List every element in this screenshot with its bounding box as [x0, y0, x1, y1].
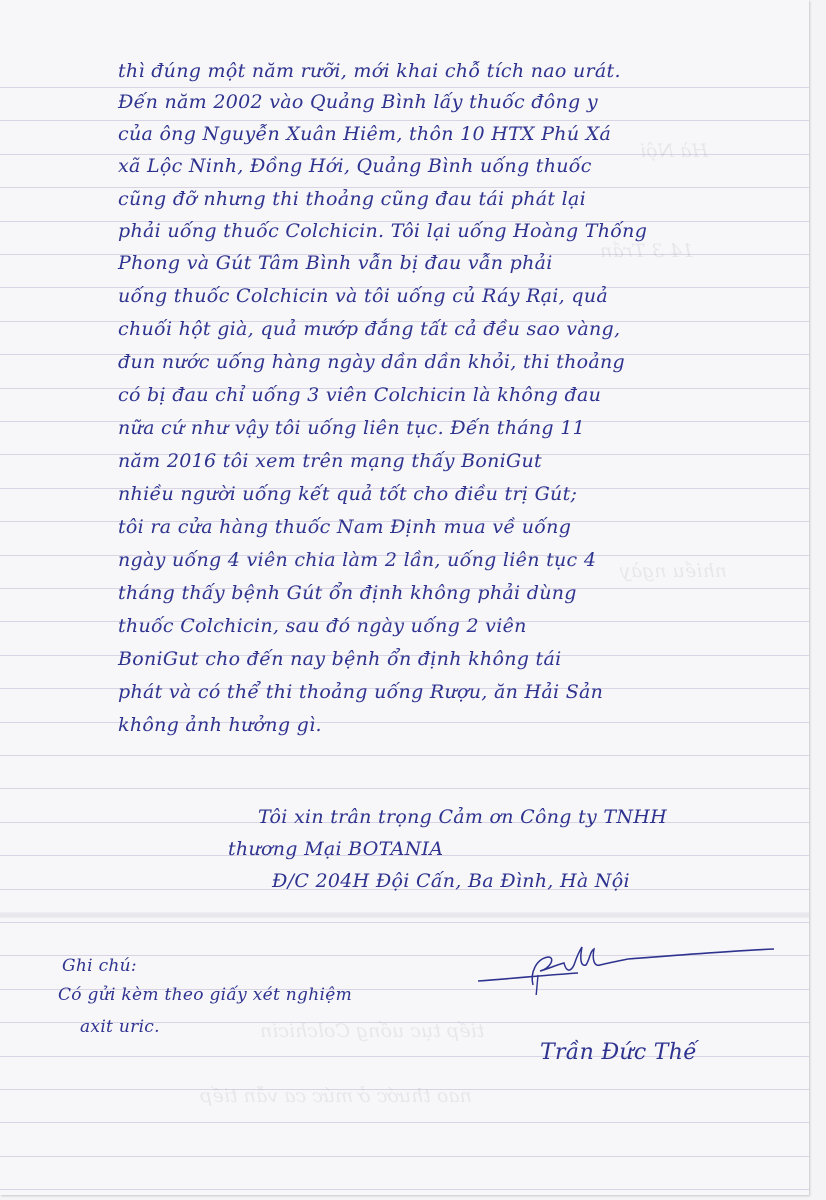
note-line: Có gửi kèm theo giấy xét nghiệm [58, 985, 352, 1005]
letter-paper: Hà Nội 14 3 Trần nhiều ngày tiếp tục uốn… [0, 0, 809, 1195]
company-address: Đ/C 204H Đội Cấn, Ba Đình, Hà Nội [272, 870, 630, 892]
body-line: của ông Nguyễn Xuân Hiêm, thôn 10 HTX Ph… [118, 123, 611, 145]
note-title: Ghi chú: [62, 956, 137, 976]
body-line: thuốc Colchicin, sau đó ngày uống 2 viên [118, 615, 527, 637]
ruled-line [0, 1189, 809, 1190]
body-line: BoniGut cho đến nay bệnh ổn định không t… [118, 648, 561, 670]
show-through-text: 14 3 Trần [600, 240, 694, 262]
company-name: thương Mại BOTANIA [228, 838, 443, 860]
body-line: Phong và Gút Tâm Bình vẫn bị đau vẫn phả… [118, 252, 553, 274]
ruled-line [0, 755, 809, 756]
body-line: cũng đỡ nhưng thi thoảng cũng đau tái ph… [118, 188, 586, 210]
ruled-line [0, 87, 809, 88]
body-line: tháng thấy bệnh Gút ổn định không phải d… [118, 582, 577, 604]
body-line: không ảnh hưởng gì. [118, 714, 322, 736]
signature-scribble [478, 945, 778, 995]
body-line: phát và có thể thi thoảng uống Rượu, ăn … [118, 681, 603, 703]
body-line: đun nước uống hàng ngày dần dần khỏi, th… [118, 351, 625, 373]
body-line: xã Lộc Ninh, Đồng Hới, Quảng Bình uống t… [118, 155, 592, 177]
body-line: uống thuốc Colchicin và tôi uống củ Ráy … [118, 285, 608, 307]
show-through-text: tiếp tục uống Colchicin [260, 1020, 484, 1042]
body-line: năm 2016 tôi xem trên mạng thấy BoniGut [118, 450, 542, 472]
body-line: thì đúng một năm rưỡi, mới khai chỗ tích… [118, 60, 621, 82]
body-line: ngày uống 4 viên chia làm 2 lần, uống li… [118, 549, 596, 571]
body-line: nhiều người uống kết quả tốt cho điều tr… [118, 483, 577, 505]
body-line: phải uống thuốc Colchicin. Tôi lại uống … [118, 220, 647, 242]
signer-name: Trần Đức Thế [540, 1040, 697, 1065]
thanks-line: Tôi xin trân trọng Cảm ơn Công ty TNHH [258, 806, 667, 828]
body-line: có bị đau chỉ uống 3 viên Colchicin là k… [118, 384, 601, 406]
ruled-line [0, 922, 809, 923]
ruled-line [0, 120, 809, 121]
ruled-line [0, 1156, 809, 1157]
show-through-text: nhiều ngày [620, 560, 727, 582]
body-line: nữa cứ như vậy tôi uống liên tục. Đến th… [118, 417, 585, 439]
body-line: Đến năm 2002 vào Quảng Bình lấy thuốc đô… [118, 91, 598, 113]
show-through-text: Hà Nội [640, 140, 708, 162]
body-line: tôi ra cửa hàng thuốc Nam Định mua về uố… [118, 516, 571, 538]
ruled-line [0, 788, 809, 789]
paper-fold [0, 912, 809, 918]
body-line: chuối hột già, quả mướp đắng tất cả đều … [118, 318, 620, 340]
ruled-line [0, 1122, 809, 1123]
show-through-text: nao thước ở mức ca vẫn tiếp [200, 1085, 472, 1107]
note-line: axit uric. [80, 1017, 160, 1037]
